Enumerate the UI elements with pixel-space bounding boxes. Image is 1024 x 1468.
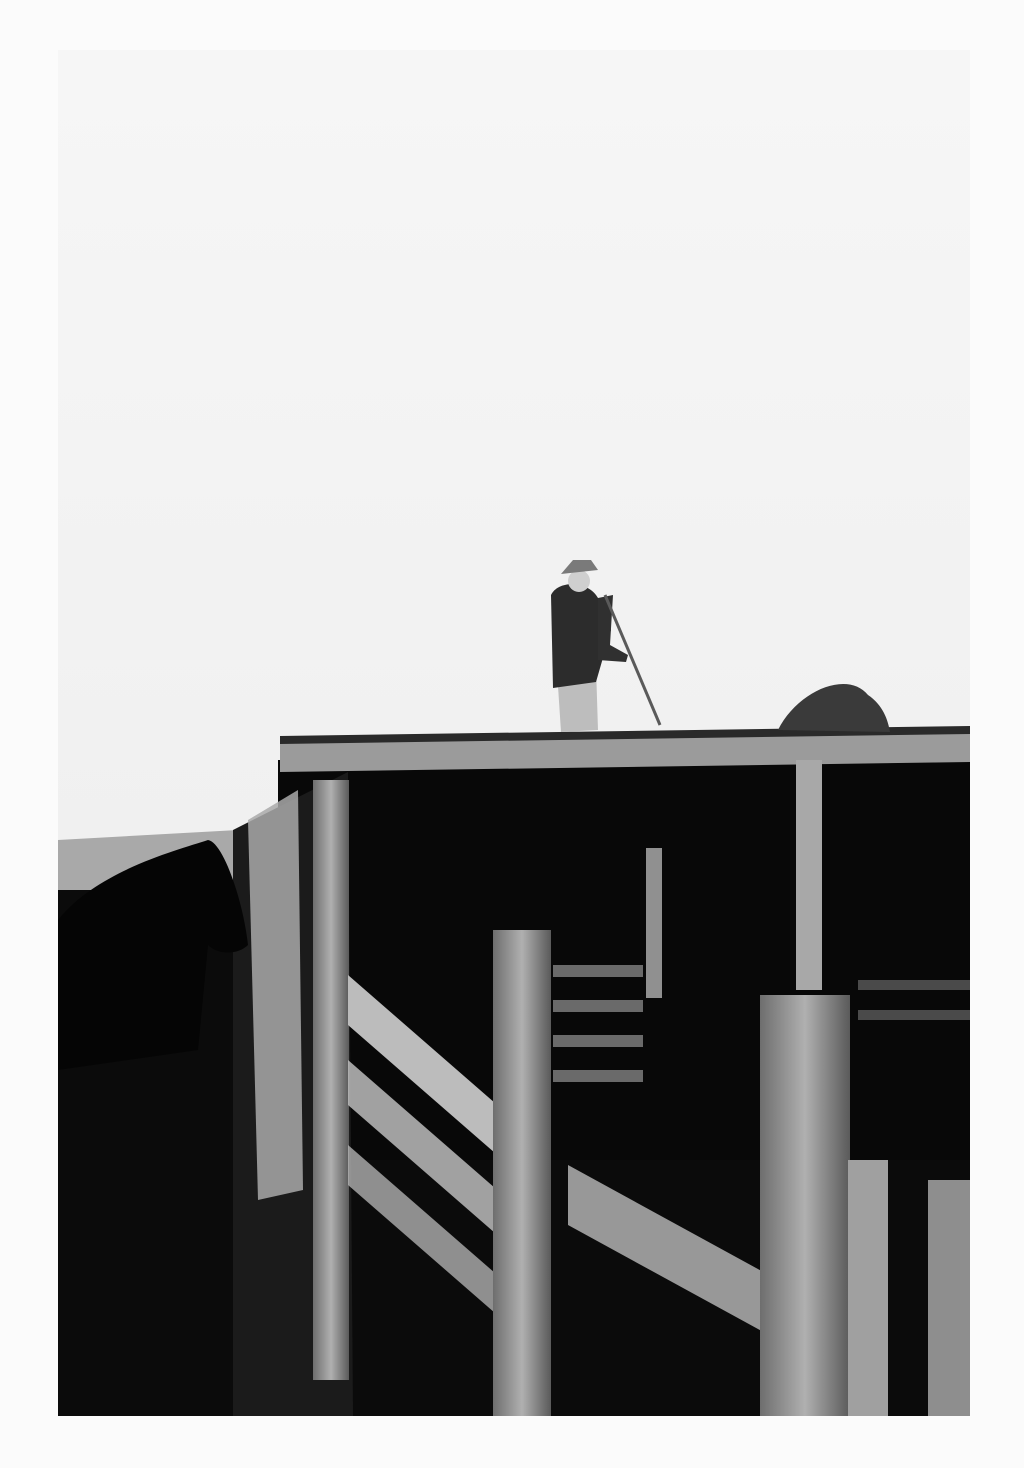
- photograph: A man in a plaid jacket and hat stands o…: [58, 50, 970, 1416]
- fence-post: [313, 780, 349, 1380]
- center-post: [493, 930, 551, 1416]
- right-post: [760, 995, 850, 1416]
- shed-post: [796, 760, 822, 990]
- photo-scene: [58, 50, 970, 1416]
